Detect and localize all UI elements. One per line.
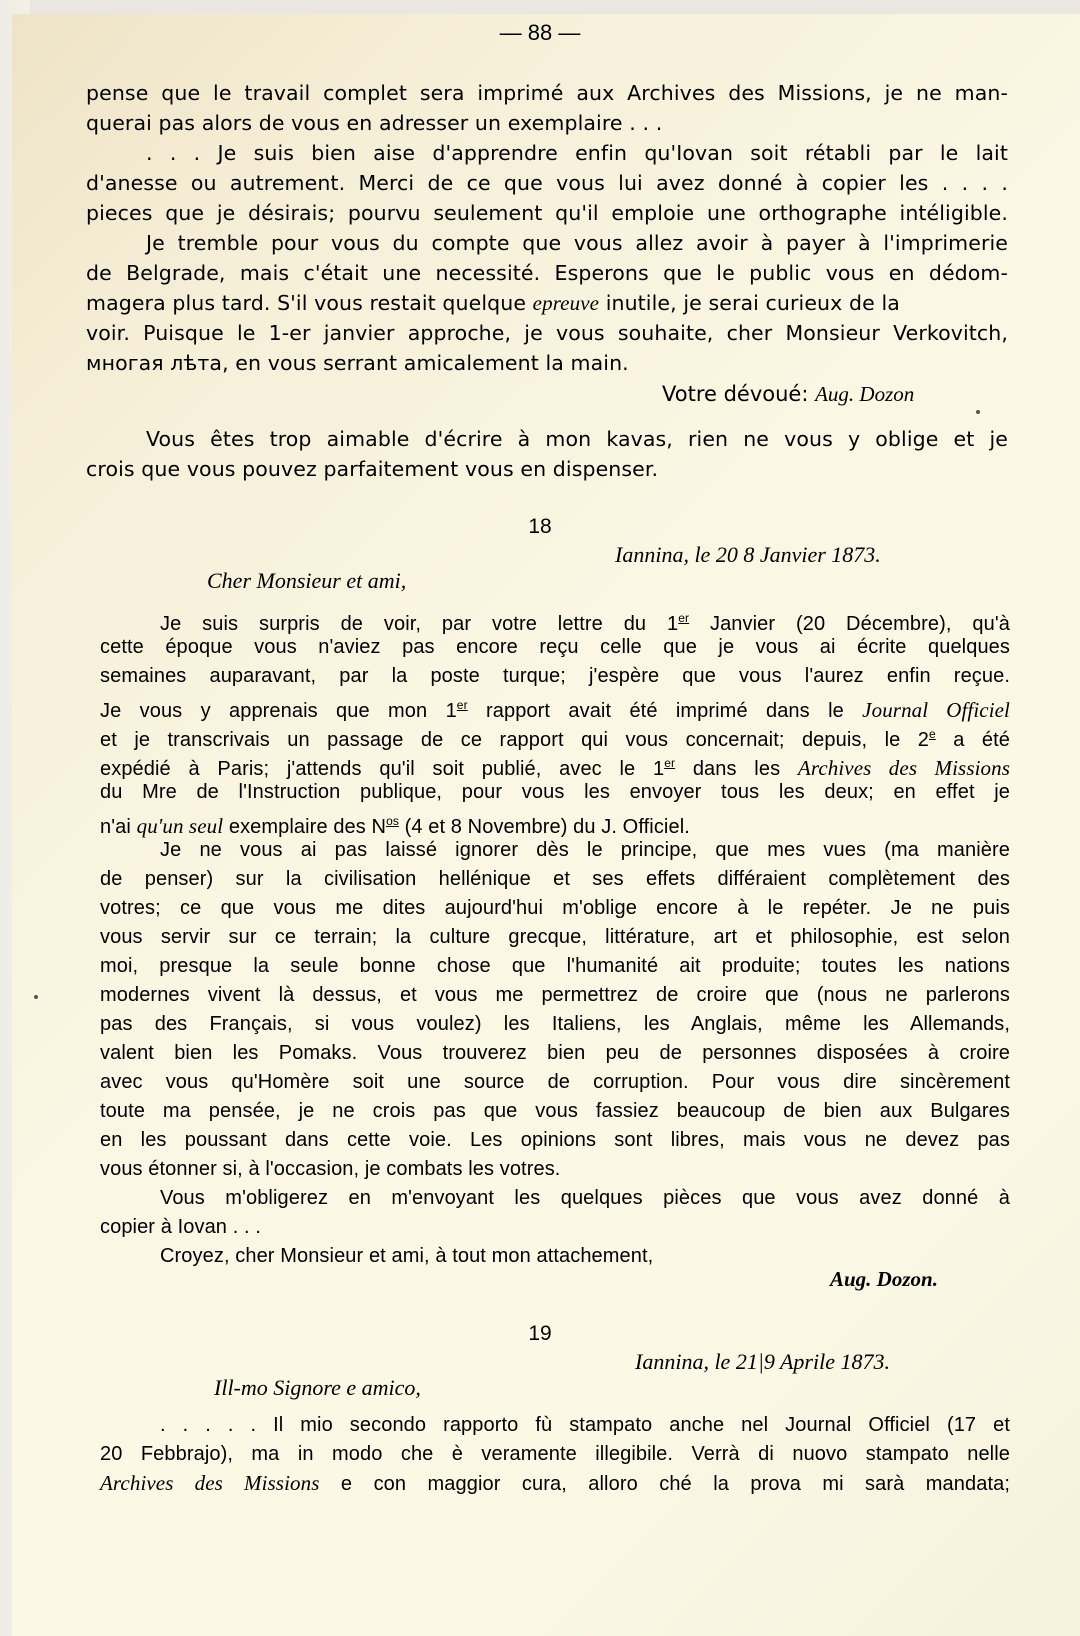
italic-title: Archives des Missions	[100, 1471, 320, 1495]
text-line: votres; ce que vous me dites aujourd'hui…	[100, 893, 1010, 923]
page-number: — 88 —	[0, 20, 1080, 46]
text-line: de penser) sur la civilisation helléniqu…	[100, 864, 1010, 894]
text-line: crois que vous pouvez parfaitement vous …	[86, 454, 1008, 484]
text-fragment: inutile, je serai curieux de la	[606, 291, 900, 315]
text-line: многая лѣта, en vous serrant amicalement…	[86, 348, 1008, 378]
signoff-name: Aug. Dozon	[815, 382, 914, 406]
text-line: semaines auparavant, par la poste turque…	[100, 661, 1010, 691]
signature-18: Aug. Dozon.	[830, 1267, 938, 1292]
text-line: Je tremble pour vous du compte que vous …	[86, 228, 1008, 258]
text-line: querai pas alors de vous en adresser un …	[86, 108, 1008, 138]
text-line: valent bien les Pomaks. Vous trouverez b…	[100, 1038, 1010, 1068]
dateline-18: Iannina, le 20 8 Janvier 1873.	[615, 542, 881, 568]
text-line: pas des Français, si vous voulez) les It…	[100, 1009, 1010, 1039]
text-line: moi, presque la seule bonne chose que l'…	[100, 951, 1010, 981]
letter-number-19: 19	[0, 1322, 1080, 1346]
ink-speck	[34, 995, 38, 999]
text-line: copier à Iovan . . .	[100, 1212, 1010, 1242]
text-line: Je ne vous ai pas laissé ignorer dès le …	[100, 835, 1010, 865]
text-line: pieces que je désirais; pourvu seulement…	[86, 198, 1008, 228]
text-line: . . . Je suis bien aise d'apprendre enfi…	[86, 138, 1008, 168]
text-line: voir. Puisque le 1-er janvier approche, …	[86, 318, 1008, 348]
letter-number-18: 18	[0, 515, 1080, 539]
text-line: Vous m'obligerez en m'envoyant les quelq…	[100, 1183, 1010, 1213]
text-line: en les poussant dans cette voie. Les opi…	[100, 1125, 1010, 1155]
text-line: vous servir sur ce terrain; la culture g…	[100, 922, 1010, 952]
text-line: cette époque vous n'aviez pas encore reç…	[100, 632, 1010, 662]
ink-speck	[976, 410, 980, 414]
text-line: du Mre de l'Instruction publique, pour v…	[100, 777, 1010, 807]
text-line: Vous êtes trop aimable d'écrire à mon ka…	[86, 424, 1008, 454]
text-line: avec vous qu'Homère soit une source de c…	[100, 1067, 1010, 1097]
text-line: de Belgrade, mais c'était une necessité.…	[86, 258, 1008, 288]
salutation-18: Cher Monsieur et ami,	[207, 568, 406, 594]
text-line: modernes vivent là dessus, et vous me pe…	[100, 980, 1010, 1010]
text-line: pense que le travail complet sera imprim…	[86, 78, 1008, 108]
salutation-19: Ill-mo Signore e amico,	[214, 1375, 421, 1401]
text-line: toute ma pensée, je ne crois pas que vou…	[100, 1096, 1010, 1126]
dateline-19: Iannina, le 21|9 Aprile 1873.	[635, 1349, 890, 1375]
text-line: . . . . . Il mio secondo rapporto fù sta…	[100, 1410, 1010, 1440]
signoff-label: Votre dévoué:	[662, 382, 808, 406]
signoff: Votre dévoué: Aug. Dozon	[662, 382, 914, 407]
text-line: d'anesse ou autrement. Merci de ce que v…	[86, 168, 1008, 198]
text-line: Archives des Missions e con maggior cura…	[100, 1468, 1010, 1499]
italic-word: epreuve	[533, 291, 599, 315]
text-line: vous étonner si, à l'occasion, je combat…	[100, 1154, 1010, 1184]
text-line: magera plus tard. S'il vous restait quel…	[86, 288, 1008, 318]
text-fragment: magera plus tard. S'il vous restait quel…	[86, 291, 526, 315]
text-line: 20 Febbrajo), ma in modo che è veramente…	[100, 1439, 1010, 1469]
